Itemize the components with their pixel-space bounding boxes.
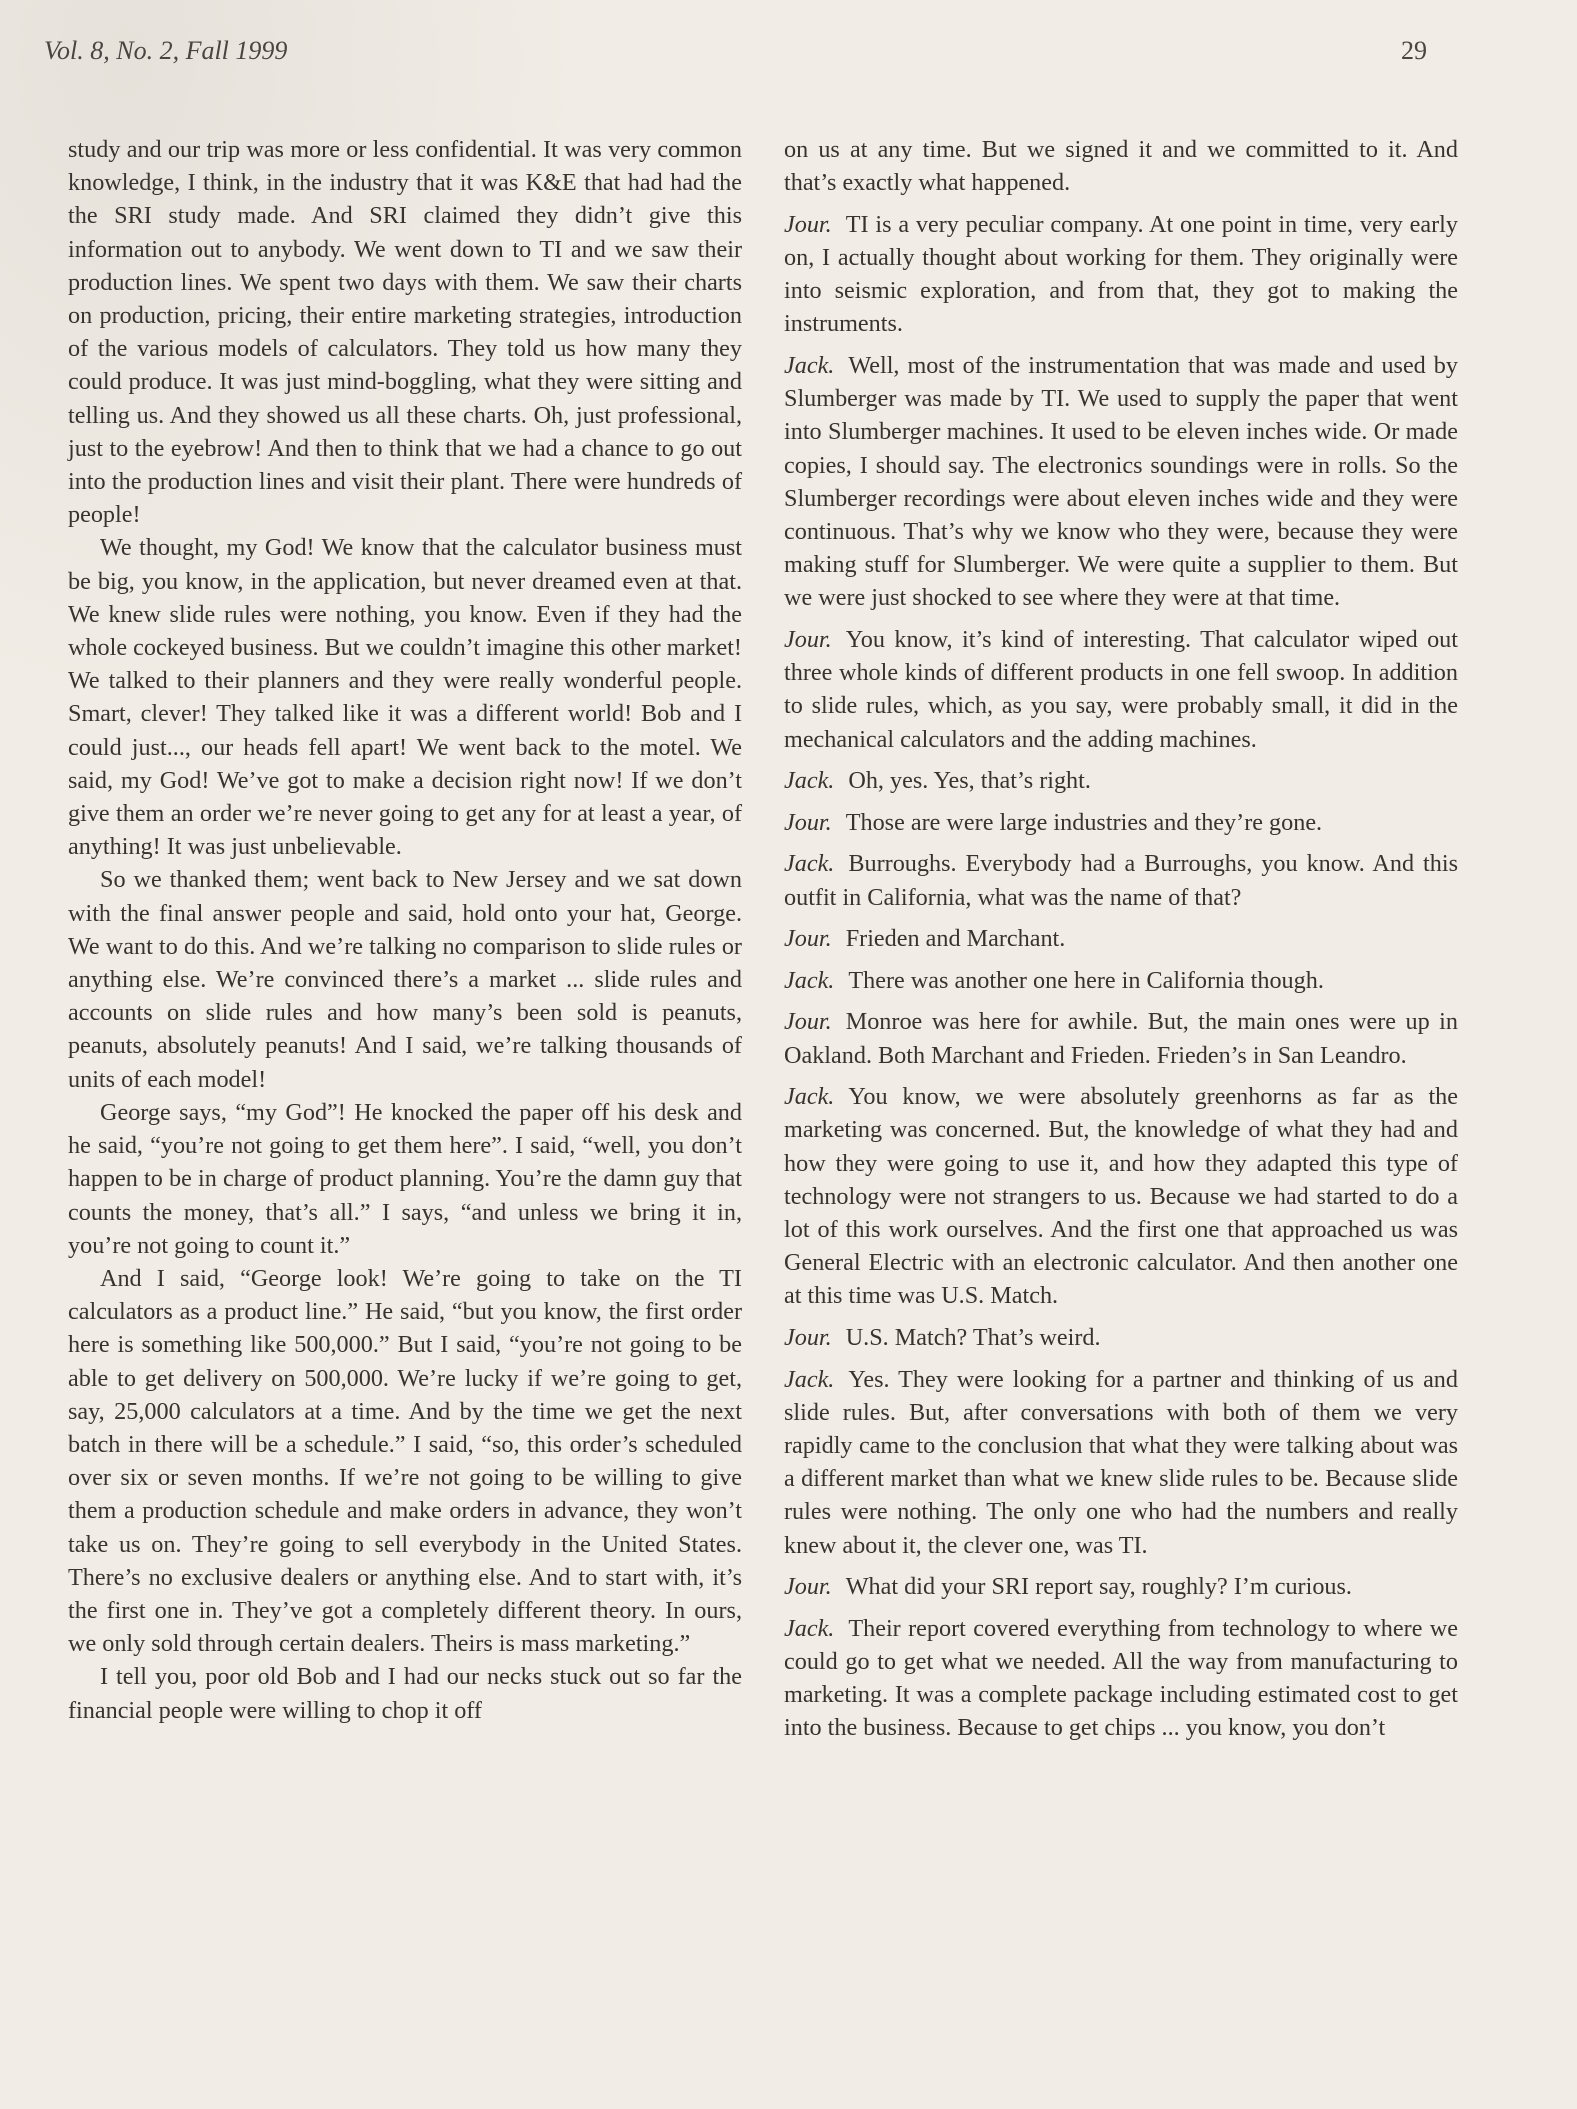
speaker-label: Jack. bbox=[784, 1083, 834, 1110]
dialog-text: Their report covered everything from tec… bbox=[784, 1615, 1458, 1742]
continuation-paragraph: on us at any time. But we signed it and … bbox=[784, 133, 1458, 199]
dialog-entry: Jack.Burroughs. Everybody had a Burrough… bbox=[784, 847, 1458, 913]
speaker-label: Jour. bbox=[784, 211, 832, 238]
speaker-label: Jour. bbox=[784, 1324, 832, 1351]
paragraph: I tell you, poor old Bob and I had our n… bbox=[68, 1660, 742, 1726]
speaker-label: Jour. bbox=[784, 1008, 832, 1035]
dialog-text: What did your SRI report say, roughly? I… bbox=[846, 1573, 1352, 1600]
dialog-entry: Jour.What did your SRI report say, rough… bbox=[784, 1570, 1458, 1603]
dialog-entry: Jour.Frieden and Marchant. bbox=[784, 922, 1458, 955]
dialog-entry: Jour.Those are were large industries and… bbox=[784, 806, 1458, 839]
dialog-entry: Jack.Oh, yes. Yes, that’s right. bbox=[784, 764, 1458, 797]
dialog-entry: Jack.Yes. They were looking for a partne… bbox=[784, 1363, 1458, 1562]
right-column: on us at any time. But we signed it and … bbox=[784, 133, 1458, 1753]
dialog-entry: Jack.There was another one here in Calif… bbox=[784, 964, 1458, 997]
speaker-label: Jack. bbox=[784, 352, 834, 379]
speaker-label: Jour. bbox=[784, 925, 832, 952]
dialog-text: TI is a very peculiar company. At one po… bbox=[784, 211, 1458, 338]
paragraph: So we thanked them; went back to New Jer… bbox=[68, 863, 742, 1095]
paragraph: George says, “my God”! He knocked the pa… bbox=[68, 1096, 742, 1262]
speaker-label: Jour. bbox=[784, 626, 832, 653]
dialog-text: Burroughs. Everybody had a Burroughs, yo… bbox=[784, 850, 1458, 910]
dialog-text: Oh, yes. Yes, that’s right. bbox=[848, 767, 1091, 794]
paragraph: And I said, “George look! We’re going to… bbox=[68, 1262, 742, 1660]
dialog-text: Monroe was here for awhile. But, the mai… bbox=[784, 1008, 1458, 1068]
speaker-label: Jack. bbox=[784, 967, 834, 994]
dialog-entry: Jour.Monroe was here for awhile. But, th… bbox=[784, 1005, 1458, 1071]
page-number: 29 bbox=[1401, 36, 1427, 66]
dialog-text: Frieden and Marchant. bbox=[846, 925, 1066, 952]
speaker-label: Jack. bbox=[784, 767, 834, 794]
paragraph: study and our trip was more or less conf… bbox=[68, 133, 742, 531]
speaker-label: Jack. bbox=[784, 850, 834, 877]
dialog-entry: Jack.Well, most of the instrumentation t… bbox=[784, 349, 1458, 615]
dialog-text: You know, it’s kind of interesting. That… bbox=[784, 626, 1458, 753]
dialog-entry: Jour.U.S. Match? That’s weird. bbox=[784, 1321, 1458, 1354]
dialog-text: You know, we were absolutely greenhorns … bbox=[784, 1083, 1458, 1309]
dialog-text: U.S. Match? That’s weird. bbox=[846, 1324, 1101, 1351]
dialog-entry: Jour.You know, it’s kind of interesting.… bbox=[784, 623, 1458, 756]
running-head: Vol. 8, No. 2, Fall 1999 bbox=[44, 36, 287, 66]
speaker-label: Jack. bbox=[784, 1615, 834, 1642]
dialog-text: Yes. They were looking for a partner and… bbox=[784, 1366, 1458, 1559]
dialog-entry: Jack.You know, we were absolutely greenh… bbox=[784, 1080, 1458, 1312]
paragraph: We thought, my God! We know that the cal… bbox=[68, 531, 742, 863]
dialog-text: There was another one here in California… bbox=[848, 967, 1324, 994]
dialog-text: Well, most of the instrumentation that w… bbox=[784, 352, 1458, 611]
dialog-entry: Jack.Their report covered everything fro… bbox=[784, 1612, 1458, 1745]
speaker-label: Jack. bbox=[784, 1366, 834, 1393]
speaker-label: Jour. bbox=[784, 809, 832, 836]
left-column: study and our trip was more or less conf… bbox=[68, 133, 742, 1727]
dialog-text: Those are were large industries and they… bbox=[846, 809, 1322, 836]
speaker-label: Jour. bbox=[784, 1573, 832, 1600]
dialog-entry: Jour.TI is a very peculiar company. At o… bbox=[784, 208, 1458, 341]
